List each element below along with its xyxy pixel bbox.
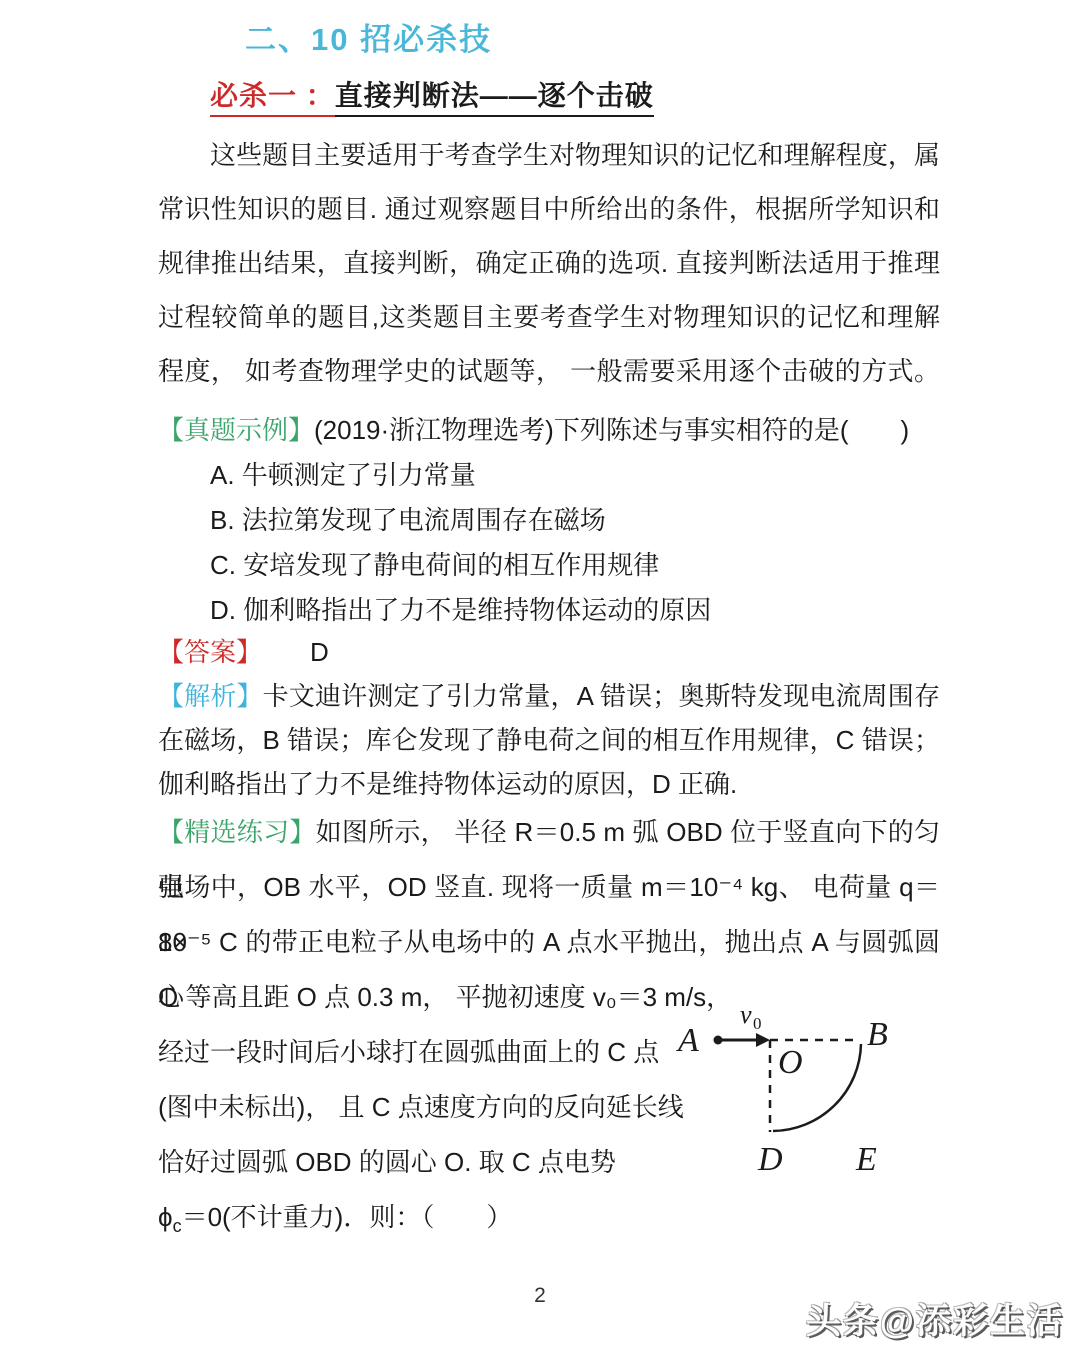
- answer-line: 【答案】D: [158, 630, 940, 674]
- analysis-text: 卡文迪许测定了引力常量，A 错误；奥斯特发现电流周围存: [263, 681, 940, 711]
- analysis-line: 伽利略指出了力不是维持物体运动的原因，D 正确.: [158, 762, 940, 806]
- intro-line: 常识性知识的题目. 通过观察题目中所给出的条件，根据所学知识和: [158, 182, 940, 236]
- example-question: (2019·浙江物理选考)下列陈述与事实相符的是( ): [314, 415, 909, 445]
- analysis-line: 【解析】卡文迪许测定了引力常量，A 错误；奥斯特发现电流周围存: [158, 674, 940, 718]
- diagram-label-v-sub: 0: [753, 1014, 762, 1033]
- phi-symbol: ϕ: [158, 1202, 173, 1232]
- phi-subscript: c: [173, 1216, 182, 1236]
- option-d: D. 伽利略指出了力不是维持物体运动的原因: [158, 588, 940, 633]
- diagram-label-b: B: [867, 1016, 888, 1053]
- practice-phi-line: ϕc＝0(不计重力)．则：（ ）: [158, 1190, 940, 1245]
- answer-value: D: [310, 637, 329, 667]
- answer-label: 【答案】: [158, 637, 262, 667]
- intro-line: 规律推出结果，直接判断，确定正确的选项. 直接判断法适用于推理: [158, 236, 940, 290]
- analysis-line: 在磁场，B 错误；库仑发现了静电荷之间的相互作用规律，C 错误；: [158, 718, 940, 762]
- intro-line: 过程较简单的题目,这类题目主要考查学生对物理知识的记忆和理解: [158, 290, 940, 344]
- example-label: 【真题示例】: [158, 415, 314, 445]
- practice-line: 【精选练习】如图所示， 半径 R＝0.5 m 弧 OBD 位于竖直向下的匀强: [158, 805, 940, 860]
- page-title: 二、10 招必杀技: [245, 14, 492, 59]
- option-c: C. 安培发现了静电荷间的相互作用规律: [158, 543, 940, 588]
- intro-line: 程度， 如考查物理学史的试题等， 一般需要采用逐个击破的方式。: [158, 344, 940, 398]
- watermark: 头条@添彩生活: [806, 1294, 1064, 1344]
- answer-block: 【答案】D: [158, 630, 940, 674]
- option-b: B. 法拉第发现了电流周围存在磁场: [158, 498, 940, 543]
- section-heading: 必杀一 ：直接判断法——逐个击破: [210, 74, 654, 114]
- practice-line: 电场中，OB 水平，OD 竖直. 现将一质量 m＝10⁻⁴ kg、 电荷量 q＝…: [158, 860, 940, 915]
- section-heading-label: 必杀一 ：: [210, 80, 335, 117]
- physics-diagram: A v 0 O B D E: [660, 995, 980, 1195]
- option-a: A. 牛顿测定了引力常量: [158, 453, 940, 498]
- diagram-label-a: A: [676, 1022, 699, 1059]
- phi-rest: ＝0(不计重力)．则：（ ）: [182, 1202, 513, 1232]
- analysis-label: 【解析】: [158, 681, 263, 711]
- diagram-label-d: D: [757, 1141, 783, 1178]
- velocity-arrow-head: [756, 1033, 770, 1047]
- diagram-label-e: E: [855, 1141, 877, 1178]
- example-question-line: 【真题示例】(2019·浙江物理选考)下列陈述与事实相符的是( ): [158, 408, 940, 453]
- analysis-block: 【解析】卡文迪许测定了引力常量，A 错误；奥斯特发现电流周围存 在磁场，B 错误…: [158, 674, 940, 806]
- intro-line: 这些题目主要适用于考查学生对物理知识的记忆和理解程度，属: [158, 128, 940, 182]
- diagram-label-v: v: [740, 1000, 752, 1029]
- intro-paragraph: 这些题目主要适用于考查学生对物理知识的记忆和理解程度，属 常识性知识的题目. 通…: [158, 128, 940, 398]
- practice-line: 10⁻⁵ C 的带正电粒子从电场中的 A 点水平抛出，抛出点 A 与圆弧圆心: [158, 915, 940, 970]
- document-page: 二、10 招必杀技 必杀一 ：直接判断法——逐个击破 这些题目主要适用于考查学生…: [0, 0, 1080, 1353]
- section-heading-text: 直接判断法——逐个击破: [335, 80, 654, 117]
- diagram-label-o: O: [778, 1044, 803, 1081]
- example-question-block: 【真题示例】(2019·浙江物理选考)下列陈述与事实相符的是( ) A. 牛顿测…: [158, 408, 940, 633]
- practice-label: 【精选练习】: [158, 817, 316, 847]
